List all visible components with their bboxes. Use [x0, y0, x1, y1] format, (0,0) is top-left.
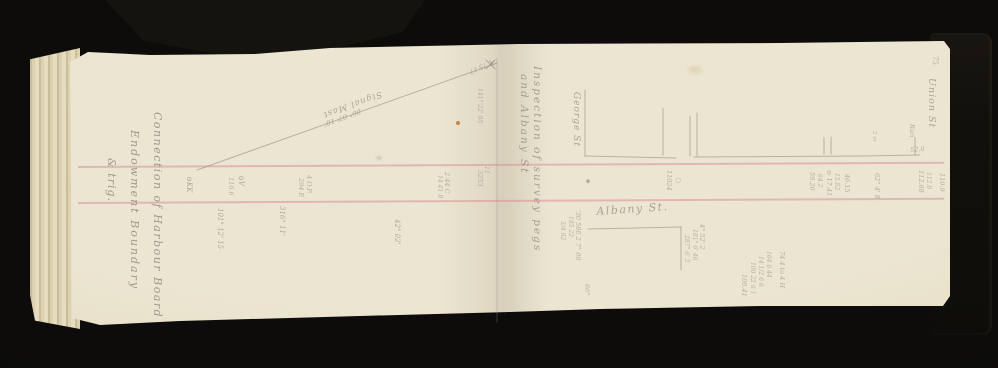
- angle-reading: 287° 6' 5: [683, 235, 689, 263]
- measure: 110.9: [939, 173, 946, 192]
- measure: 112.68: [918, 170, 925, 193]
- measure: 185 22: [567, 216, 573, 237]
- page-number: 75: [931, 56, 938, 65]
- measure: 106.41: [741, 274, 748, 297]
- run-label: Run: [909, 124, 916, 137]
- measure: 15.82: [833, 173, 839, 190]
- angle-reading: 62° 4' 8: [874, 173, 881, 199]
- dot-mark: ●: [586, 180, 590, 185]
- left-title-line-3: & trig.: [106, 158, 117, 202]
- measure: 11024: [666, 170, 673, 191]
- measure: 14 1/2 6 6: [757, 256, 763, 287]
- measure: 64.2: [816, 174, 822, 187]
- angle-reading: 42° 02': [393, 219, 400, 244]
- x-mark: ×: [488, 60, 496, 69]
- measure: 46.15: [844, 174, 851, 193]
- street-label-albany: Albany St.: [596, 201, 669, 217]
- measure: 14 41 B: [436, 175, 442, 199]
- measure: 2 44 C: [444, 172, 451, 194]
- measure: 4 O.P.: [306, 175, 313, 193]
- measure: 3253: [477, 170, 484, 187]
- station-kk: ⊙KK: [185, 176, 192, 192]
- right-title-line-2: and Albany St: [519, 74, 530, 174]
- measure: 112.8: [925, 172, 931, 189]
- street-label-union: Union St: [927, 78, 937, 128]
- measure: 100 22 6 1: [749, 262, 755, 294]
- measure: 3/4 62: [559, 221, 565, 240]
- angle-reading: 66°: [584, 284, 591, 296]
- sight-line-distance: 75 17: [468, 61, 488, 75]
- pencil-annotations-layer: Connection of Harbour BoardEndowment Bou…: [0, 0, 998, 368]
- angle-reading: 181° 6' 46: [691, 229, 697, 260]
- bearing-note: 141° 22' 05: [476, 88, 482, 123]
- measure: 164 6 44: [765, 251, 771, 278]
- notebook-scan: { "document": { "page_number": "75", "le…: [0, 0, 998, 368]
- street-label-george: George St: [571, 92, 580, 147]
- measure: 74 4 to 4 H: [779, 251, 786, 288]
- measure: 116.6: [228, 177, 235, 196]
- angle-reading: 316° 11': [278, 206, 285, 236]
- circle-mark: ○: [675, 177, 681, 184]
- station-v: ⊙V: [237, 175, 244, 186]
- measure: ⊙ 17.41: [826, 170, 833, 196]
- measure: 52.0: [910, 146, 925, 154]
- left-title-line-1: Connection of Harbour Board: [152, 112, 163, 318]
- measure: 59.20: [809, 172, 816, 191]
- angle-reading: 101° 12' 15: [216, 208, 223, 249]
- right-title-line-1: Inspection of survey pegs: [532, 66, 543, 252]
- angle-reading: 4° 52' 2: [699, 224, 706, 250]
- measure: 294 E: [298, 178, 305, 197]
- measure: '30 586 2 7° 00: [575, 210, 582, 261]
- measure: 2 m: [871, 131, 877, 141]
- left-title-line-2: Endowment Boundary: [129, 130, 140, 290]
